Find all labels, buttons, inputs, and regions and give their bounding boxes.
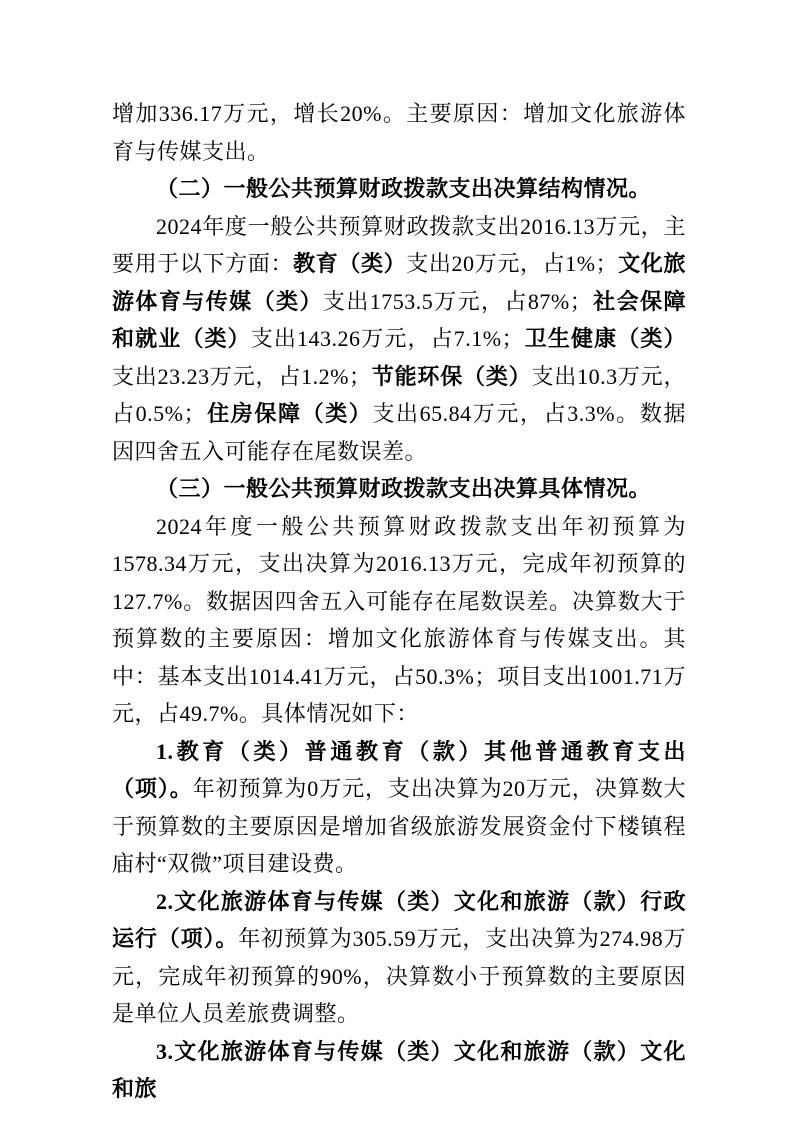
text-run: 年初预算为0万元，支出决算为20万元，决算数大于预算数的主要原因是增加省级旅游发… <box>112 776 686 876</box>
text-run: 支出20万元，占1%； <box>406 251 618 276</box>
paragraph-p8: 3.文化旅游体育与传媒（类）文化和旅游（款）文化和旅 <box>112 1033 686 1108</box>
text-run: 支出1753.5万元，占87%； <box>323 289 592 314</box>
bold-text-run: 3.文化旅游体育与传媒（类）文化和旅游（款）文化和旅 <box>112 1039 686 1102</box>
bold-text-run: 卫生健康（类） <box>524 326 686 351</box>
text-run: 支出143.26万元，占7.1%； <box>251 326 524 351</box>
text-run: 增加336.17万元，增长20%。主要原因：增加文化旅游体育与传媒支出。 <box>112 101 686 164</box>
bold-text-run: 节能环保（类） <box>371 364 531 389</box>
paragraph-p1: 增加336.17万元，增长20%。主要原因：增加文化旅游体育与传媒支出。 <box>112 95 686 170</box>
paragraph-p3: 2024年度一般公共预算财政拨款支出2016.13万元，主要用于以下方面：教育（… <box>112 208 686 471</box>
paragraph-p4: （三）一般公共预算财政拨款支出决算具体情况。 <box>112 470 686 508</box>
text-run: 支出23.23万元，占1.2%； <box>112 364 371 389</box>
document-text: 增加336.17万元，增长20%。主要原因：增加文化旅游体育与传媒支出。（二）一… <box>112 95 686 1108</box>
paragraph-p5: 2024年度一般公共预算财政拨款支出年初预算为1578.34万元，支出决算为20… <box>112 508 686 733</box>
paragraph-p6: 1.教育（类）普通教育（款）其他普通教育支出（项）。年初预算为0万元，支出决算为… <box>112 733 686 883</box>
paragraph-p2: （二）一般公共预算财政拨款支出决算结构情况。 <box>112 170 686 208</box>
bold-text-run: 教育（类） <box>293 251 406 276</box>
paragraph-p7: 2.文化旅游体育与传媒（类）文化和旅游（款）行政运行（项）。年初预算为305.5… <box>112 883 686 1033</box>
document-page: 增加336.17万元，增长20%。主要原因：增加文化旅游体育与传媒支出。（二）一… <box>0 0 794 1122</box>
bold-text-run: 住房保障（类） <box>206 401 372 426</box>
bold-text-run: （二）一般公共预算财政拨款支出决算结构情况。 <box>156 176 651 201</box>
text-run: 2024年度一般公共预算财政拨款支出年初预算为1578.34万元，支出决算为20… <box>112 514 686 727</box>
bold-text-run: （三）一般公共预算财政拨款支出决算具体情况。 <box>156 476 651 501</box>
